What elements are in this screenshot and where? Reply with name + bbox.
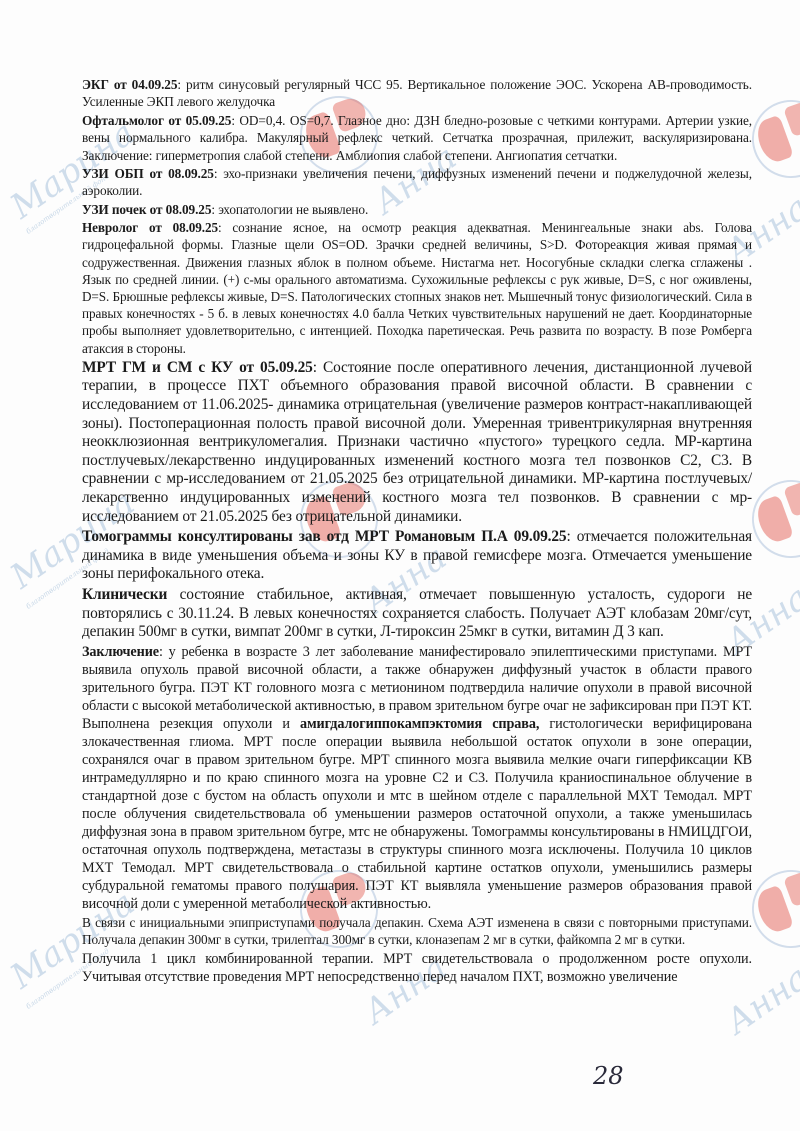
section-heading: Клинически	[82, 586, 167, 603]
section-text: : сознание ясное, на осмотр реакция адек…	[82, 220, 752, 355]
section-heading: Томограммы консултированы зав отд МРТ Ро…	[82, 528, 566, 545]
section-heading: Невролог от 08.09.25	[82, 220, 218, 235]
section-text: : Состояние после оперативного лечения, …	[82, 359, 752, 525]
section-text: гистологически верифицирована злокачеств…	[82, 716, 752, 912]
section-heading: МРТ ГМ и СМ с КУ от 05.09.25	[82, 359, 313, 376]
section-text: : эхопатологии не выявлено.	[211, 202, 368, 217]
section-text: состояние стабильное, активная, отмечает…	[82, 586, 752, 640]
kidney-ultrasound-section: УЗИ почек от 08.09.25: эхопатологии не в…	[82, 201, 752, 218]
page-number: 28	[593, 1062, 624, 1090]
neurologist-section: Невролог от 08.09.25: сознание ясное, на…	[82, 219, 752, 357]
section-bold-phrase: амигдалогиппокампэктомия справа,	[300, 716, 539, 732]
section-text: Получила 1 цикл комбинированной терапии.…	[82, 951, 752, 985]
ecg-section: ЭКГ от 04.09.25: ритм синусовый регулярн…	[82, 76, 752, 111]
antiepileptic-therapy-paragraph: В связи с инициальными эпиприступами пол…	[82, 914, 752, 949]
abdominal-ultrasound-section: УЗИ ОБП от 08.09.25: эхо-признаки увелич…	[82, 165, 752, 200]
section-heading: Офтальмолог от 05.09.25	[82, 113, 231, 128]
section-text: : ритм синусовый регулярный ЧСС 95. Верт…	[82, 77, 752, 109]
section-heading: ЭКГ от 04.09.25	[82, 77, 177, 92]
section-heading: УЗИ ОБП от 08.09.25	[82, 166, 214, 181]
combined-therapy-paragraph: Получила 1 цикл комбинированной терапии.…	[82, 950, 752, 986]
section-heading: Заключение	[82, 644, 159, 660]
section-heading: УЗИ почек от 08.09.25	[82, 202, 211, 217]
conclusion-section: Заключение: у ребенка в возрасте 3 лет з…	[82, 643, 752, 913]
section-text: В связи с инициальными эпиприступами пол…	[82, 915, 752, 947]
document-body: ЭКГ от 04.09.25: ритм синусовый регулярн…	[82, 76, 752, 987]
tomogram-consultation-section: Томограммы консултированы зав отд МРТ Ро…	[82, 528, 752, 584]
document-page: Марина благотворительный фонд Анна Анна …	[0, 0, 800, 1131]
clinical-status-section: Клинически состояние стабильное, активна…	[82, 586, 752, 642]
ophthalmologist-section: Офтальмолог от 05.09.25: OD=0,4. OS=0,7.…	[82, 112, 752, 164]
mri-section: МРТ ГМ и СМ с КУ от 05.09.25: Состояние …	[82, 359, 752, 526]
